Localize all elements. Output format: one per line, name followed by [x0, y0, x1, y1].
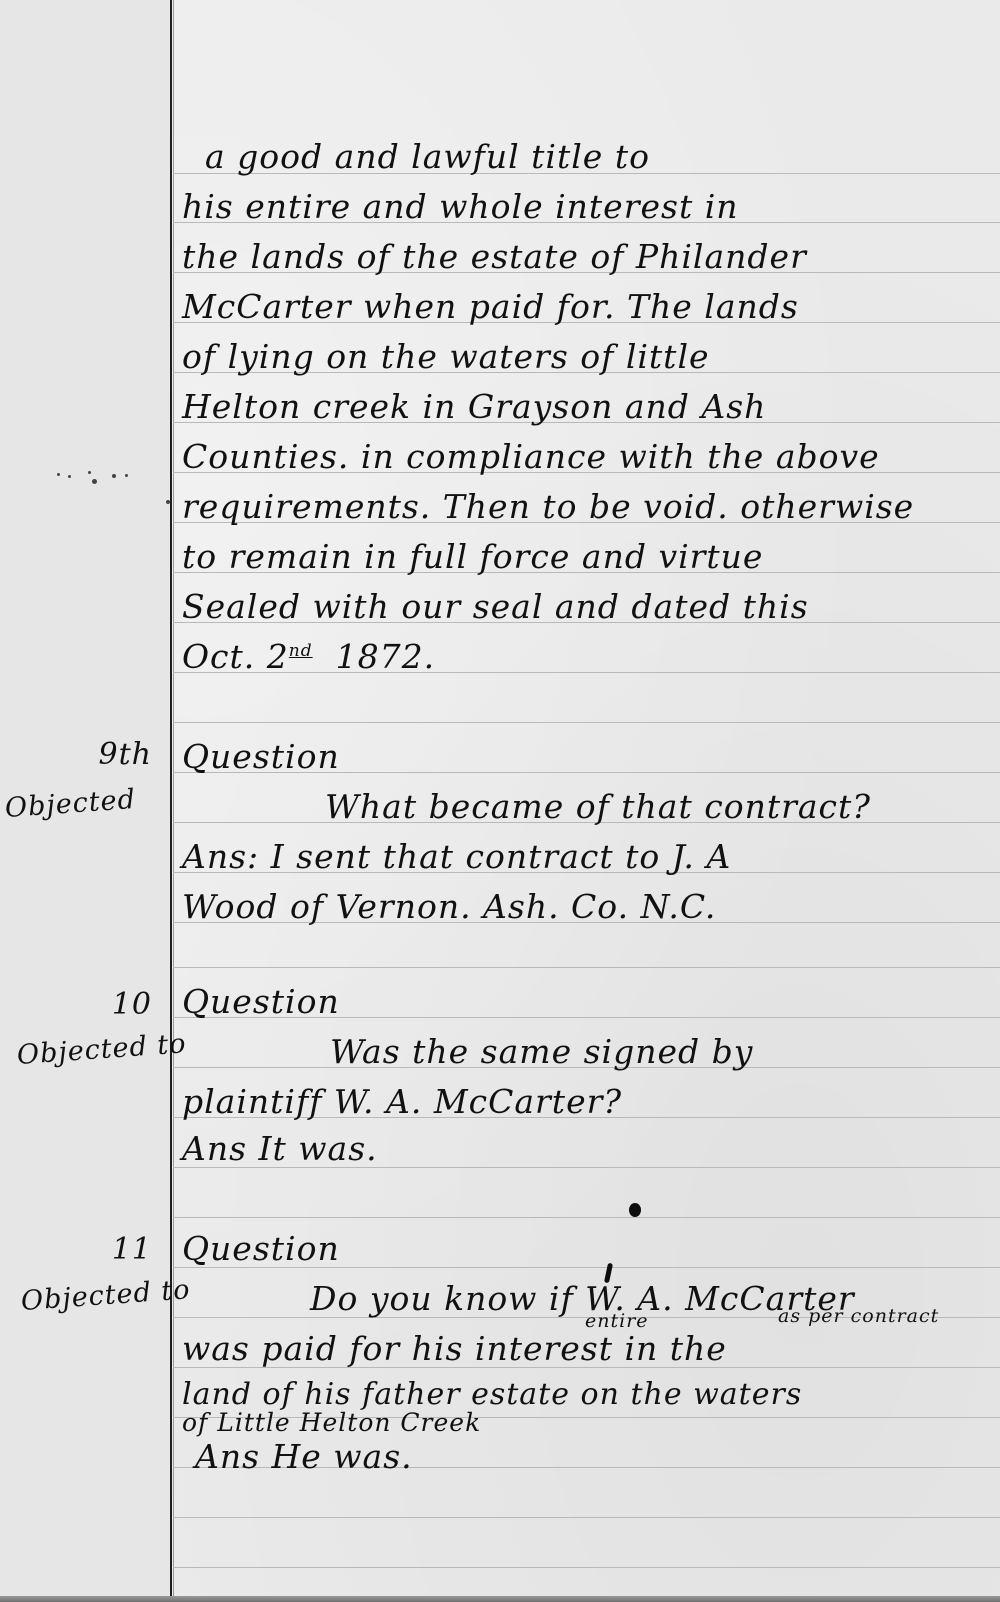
ruled-line	[173, 1517, 1000, 1518]
body-line-3: the lands of the estate of Philander	[182, 240, 807, 273]
question-9-answer-line-2: Wood of Vernon. Ash. Co. N.C.	[182, 890, 716, 923]
ink-blot	[629, 1203, 641, 1217]
question-11-heading: Question	[182, 1232, 340, 1265]
ruled-line	[173, 1217, 1000, 1218]
body-line-4: McCarter when paid for. The lands	[182, 290, 799, 323]
margin-speck	[57, 473, 60, 476]
margin-speck	[112, 474, 116, 478]
document-date-line: Oct. 2nd 1872.	[182, 640, 435, 673]
body-line-6: Helton creek in Grayson and Ash	[182, 390, 766, 423]
ruled-line	[173, 967, 1000, 968]
body-line-8: requirements. Then to be void. otherwise	[182, 490, 914, 523]
body-line-1: a good and lawful title to	[205, 140, 650, 173]
question-9-answer-line-1: Ans: I sent that contract to J. A	[182, 840, 731, 873]
question-9-text: What became of that contract?	[325, 790, 871, 823]
ruled-line	[173, 1567, 1000, 1568]
margin-speck	[125, 474, 128, 477]
question-10-number: 10	[92, 990, 152, 1020]
question-10-text: Was the same signed by	[330, 1035, 753, 1068]
question-11-text: Do you know if W. A. McCarter	[310, 1282, 855, 1315]
page-bottom-edge	[0, 1596, 1000, 1602]
question-9-heading: Question	[182, 740, 340, 773]
body-line-10: Sealed with our seal and dated this	[182, 590, 809, 623]
question-10-answer-line-2: Ans It was.	[182, 1132, 378, 1165]
date-prefix: Oct. 2	[182, 637, 289, 676]
insertion-as-per-contract: as per contract	[778, 1307, 939, 1326]
date-ordinal-suffix: nd	[289, 641, 313, 661]
question-11-continuation-line-2: land of his father estate on the waters	[182, 1380, 802, 1410]
margin-rule-shadow	[173, 0, 174, 1602]
body-line-9: to remain in full force and virtue	[182, 540, 763, 573]
question-11-continuation-line-3: of Little Helton Creek	[182, 1410, 481, 1435]
body-line-5: of lying on the waters of little	[182, 340, 710, 373]
margin-speck	[92, 479, 97, 484]
margin-speck	[166, 500, 170, 504]
margin-rule-line	[170, 0, 172, 1602]
body-line-7: Counties. in compliance with the above	[182, 440, 880, 473]
date-year: 1872.	[336, 637, 435, 676]
document-page: a good and lawful title to his entire an…	[0, 0, 1000, 1602]
question-11-continuation-line-1: was paid for his interest in the	[182, 1332, 727, 1365]
margin-speck	[88, 471, 91, 474]
ruled-line	[173, 722, 1000, 723]
question-11-answer-line-1: Ans He was.	[195, 1440, 413, 1473]
question-10-answer-line-1: plaintiff W. A. McCarter?	[182, 1085, 622, 1118]
body-line-2: his entire and whole interest in	[182, 190, 739, 223]
question-10-heading: Question	[182, 985, 340, 1018]
question-11-number: 11	[92, 1235, 152, 1265]
question-9-number: 9th	[92, 740, 152, 770]
margin-speck	[68, 475, 71, 478]
